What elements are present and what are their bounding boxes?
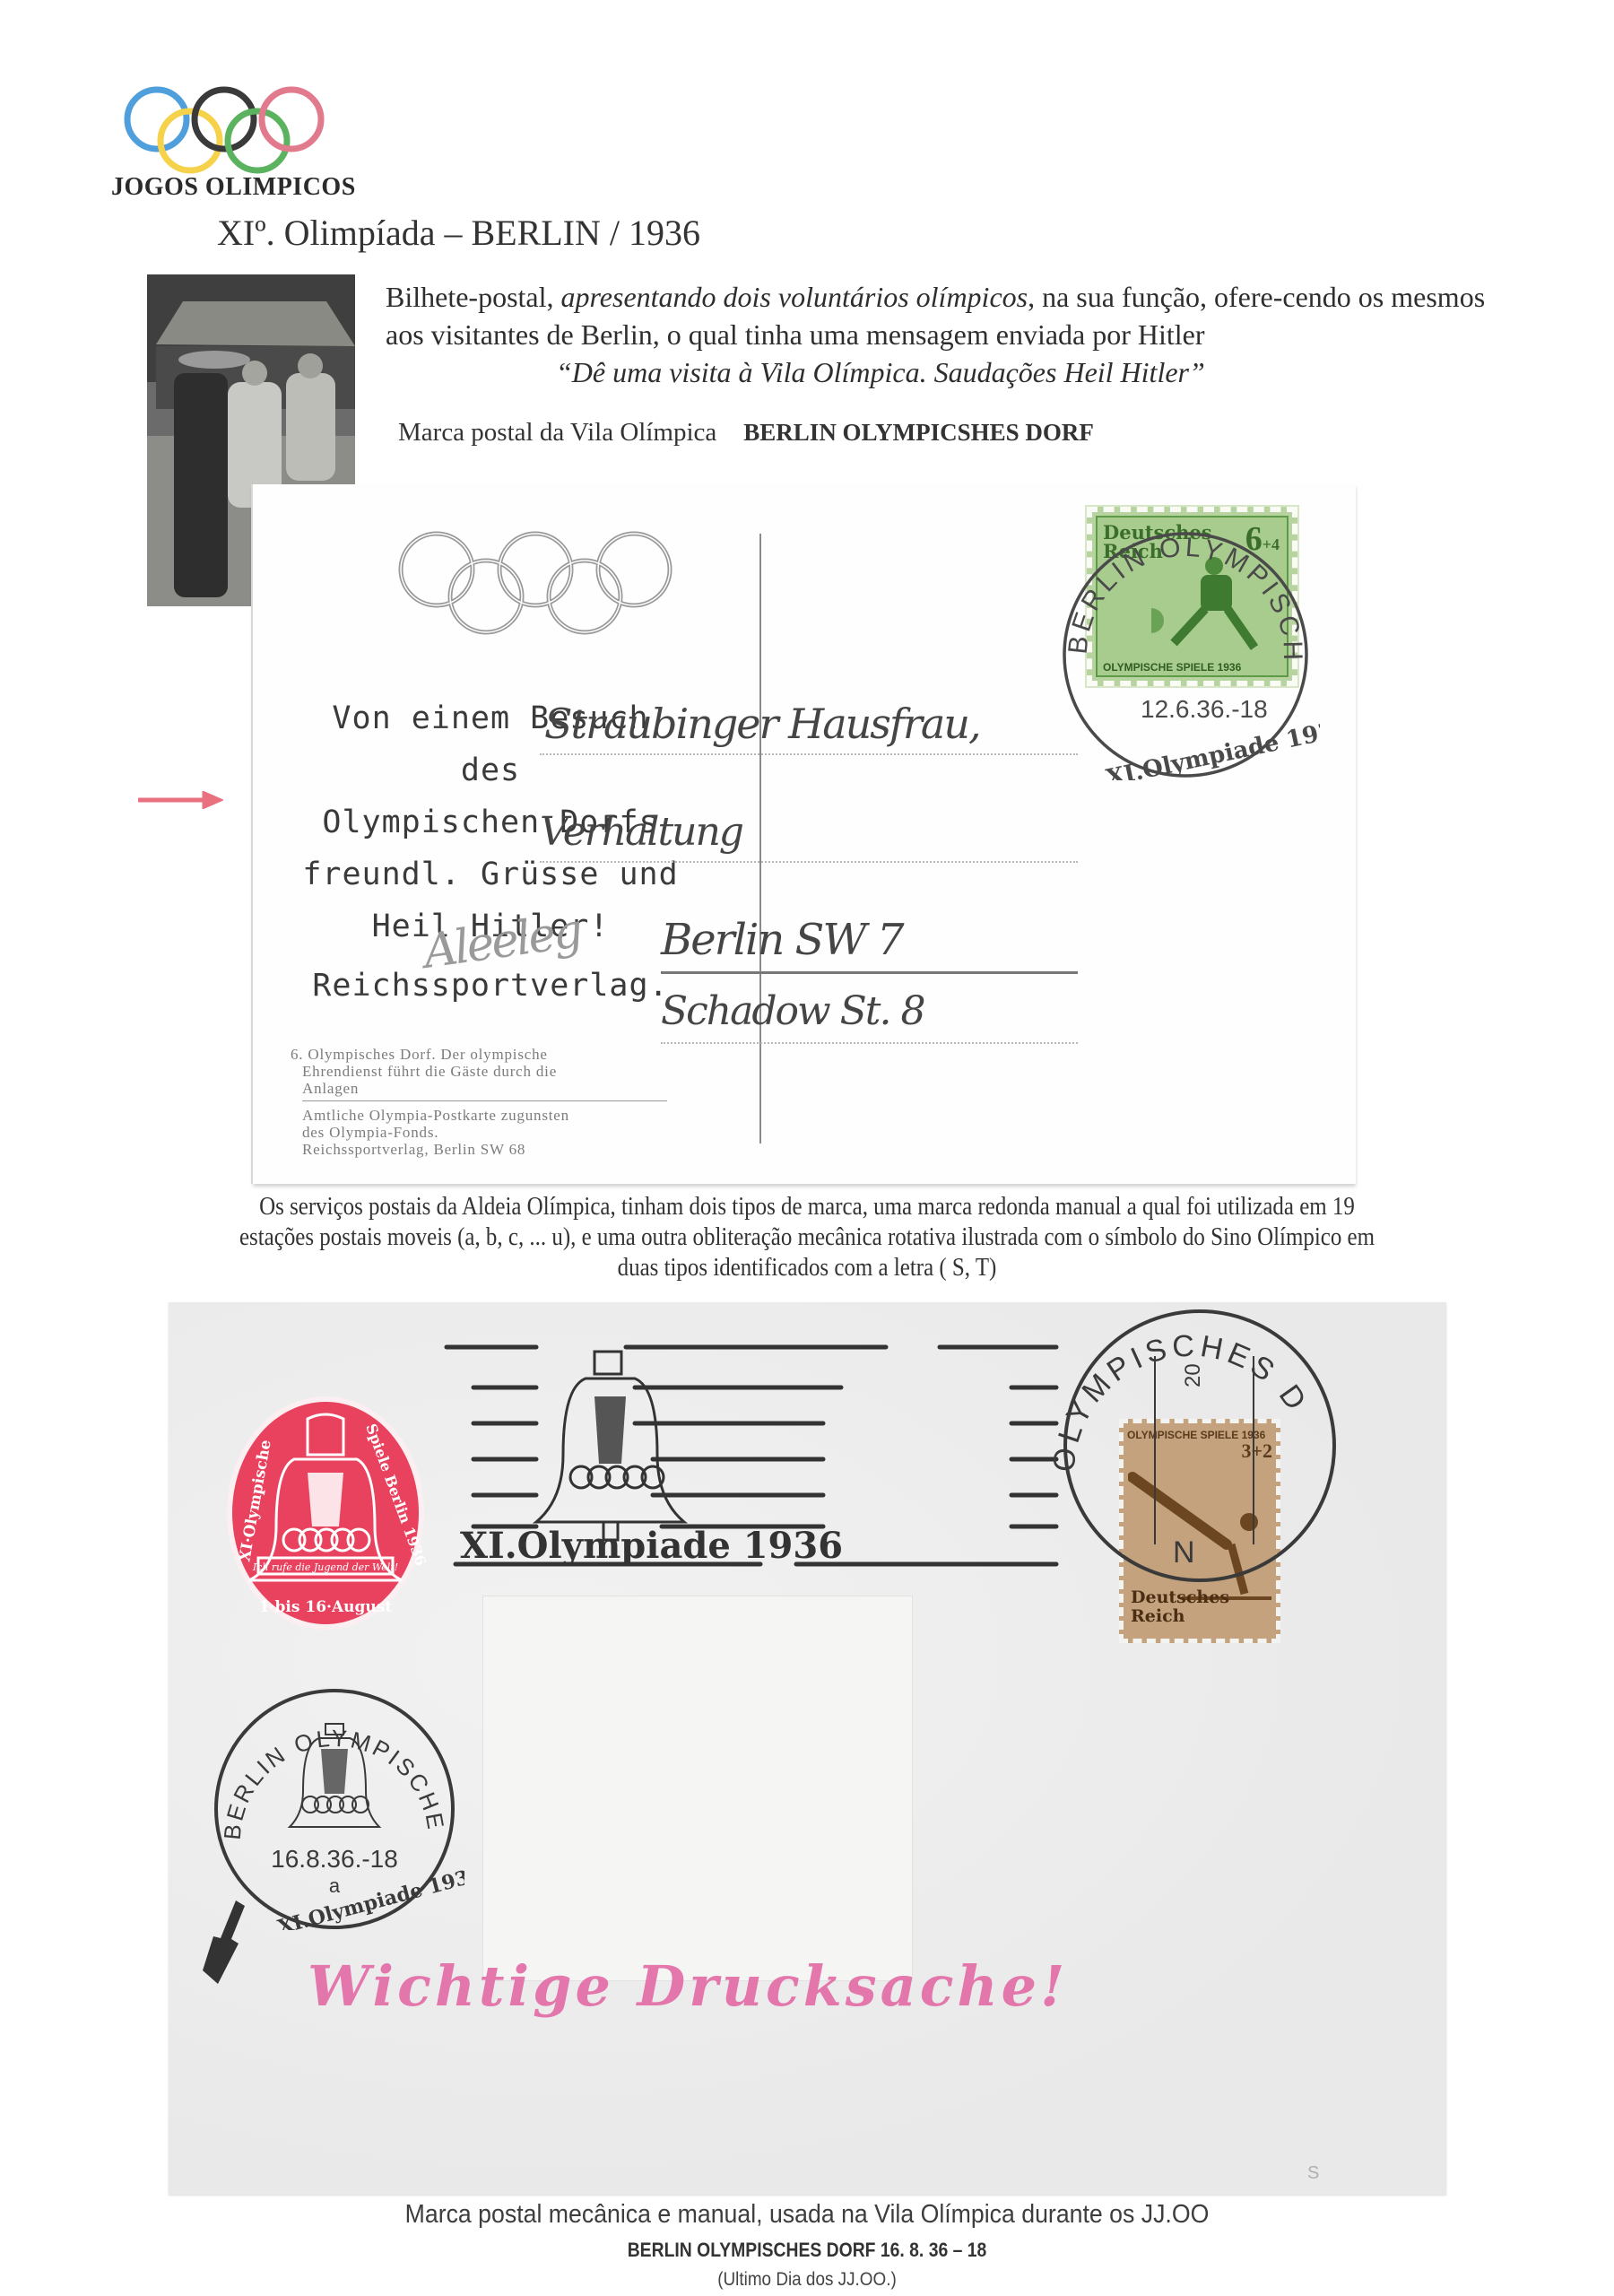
- description: Bilhete-postal, apresentando dois volunt…: [386, 278, 1515, 391]
- svg-text:20: 20: [1181, 1363, 1205, 1387]
- svg-text:Ich rufe die Jugend der Welt!: Ich rufe die Jugend der Welt!: [252, 1561, 398, 1573]
- caption-line: 6. Olympisches Dorf. Der olympische: [291, 1046, 667, 1063]
- svg-text:a: a: [329, 1874, 341, 1897]
- postmark-label-text: Marca postal da Vila Olímpica: [398, 418, 716, 447]
- hitler-quote: “Dê uma visita à Vila Olímpica. Saudaçõe…: [386, 353, 1515, 391]
- round-cancel: OLYMPISCHES DORF 20 N: [1011, 1302, 1352, 1589]
- postmark-name: BERLIN OLYMPICSHES DORF: [743, 419, 1094, 446]
- svg-text:N: N: [1173, 1535, 1195, 1570]
- drucksache-label: Wichtige Drucksache!: [308, 1953, 1068, 2019]
- address-dotted-line: [540, 861, 1078, 863]
- postcard: Von einem Besuch des Olympischen Dorfs f…: [253, 484, 1356, 1184]
- postmark-label: Marca postal da Vila OlímpicaBERLIN OLYM…: [398, 418, 1094, 448]
- address-line: Schadow St. 8: [661, 988, 924, 1034]
- postcard-rings-icon: [387, 529, 683, 637]
- address-dotted-line: [661, 1042, 1078, 1044]
- pointing-hand-icon: [195, 1899, 249, 1988]
- caption-postmark: BERLIN OLYMPISCHES DORF 16. 8. 36 – 18: [97, 2239, 1517, 2262]
- caption-line: Ehrendienst führt die Gäste durch die: [291, 1063, 667, 1080]
- postcard-divider: [759, 534, 761, 1144]
- svg-text:12.6.36.-18: 12.6.36.-18: [1141, 695, 1268, 723]
- svg-text:XI.Olympiade 1936: XI.Olympiade 1936: [1104, 714, 1320, 780]
- envelope: XI.Olympiade 1936 OLYMPISCHE SPIELE 1936…: [169, 1302, 1446, 2195]
- bell-round-postmark: BERLIN OLYMPISCHES DORF 16.8.36.-18 a XI…: [204, 1679, 464, 1930]
- page-title: XIº. Olimpíada – BERLIN / 1936: [217, 212, 700, 254]
- round-postmark: BERLIN OLYMPISCHES DORF 12.6.36.-18 XI.O…: [1042, 502, 1320, 780]
- bell-machine-cancel: XI.Olympiade 1936: [438, 1320, 1065, 1589]
- address-dotted-line: [540, 753, 1078, 755]
- caption-line: Anlagen: [291, 1080, 667, 1097]
- caption-line: des Olympia-Fonds.: [291, 1124, 667, 1141]
- caption-divider: [302, 1100, 667, 1101]
- address-underline: [661, 971, 1078, 974]
- caption-main: Marca postal mecânica e manual, usada na…: [65, 2200, 1549, 2230]
- address-line: Verhaltung: [540, 809, 742, 855]
- corner-mark: S: [1307, 2163, 1319, 2184]
- message-line: freundl. Grüsse und: [302, 848, 679, 900]
- olympic-bell-seal: Ich rufe die Jugend der Welt! 1·bis 16·A…: [222, 1392, 429, 1634]
- stamp-country: Deutsches Reich: [1131, 1588, 1211, 1626]
- svg-text:BERLIN OLYMPISCHES DORF: BERLIN OLYMPISCHES DORF: [1042, 502, 1307, 664]
- brand-title: JOGOS OLIMPICOS: [111, 173, 356, 202]
- envelope-window: [482, 1596, 913, 1981]
- postal-services-paragraph: Os serviços postais da Aldeia Olímpica, …: [221, 1191, 1393, 1283]
- postcard-caption: 6. Olympisches Dorf. Der olympische Ehre…: [291, 1046, 667, 1158]
- svg-text:OLYMPISCHES DORF: OLYMPISCHES DORF: [1011, 1302, 1315, 1474]
- caption-note: (Ultimo Dia dos JJ.OO.): [81, 2269, 1533, 2291]
- caption-line: Amtliche Olympia-Postkarte zugunsten: [291, 1107, 667, 1124]
- description-italic: apresentando dois voluntários olímpicos: [561, 281, 1028, 313]
- description-lead: Bilhete-postal,: [386, 281, 561, 313]
- svg-text:XI.Olympiade 1936: XI.Olympiade 1936: [460, 1525, 843, 1567]
- address-line: Berlin SW 7: [661, 915, 903, 965]
- pointer-arrow-icon: [138, 791, 223, 809]
- olympic-rings-logo: [117, 85, 359, 175]
- svg-text:1·bis 16·August: 1·bis 16·August: [259, 1598, 393, 1616]
- caption-line: Reichssportverlag, Berlin SW 68: [291, 1141, 667, 1158]
- address-line: Straubinger Hausfrau,: [544, 700, 980, 748]
- svg-text:16.8.36.-18: 16.8.36.-18: [271, 1845, 398, 1873]
